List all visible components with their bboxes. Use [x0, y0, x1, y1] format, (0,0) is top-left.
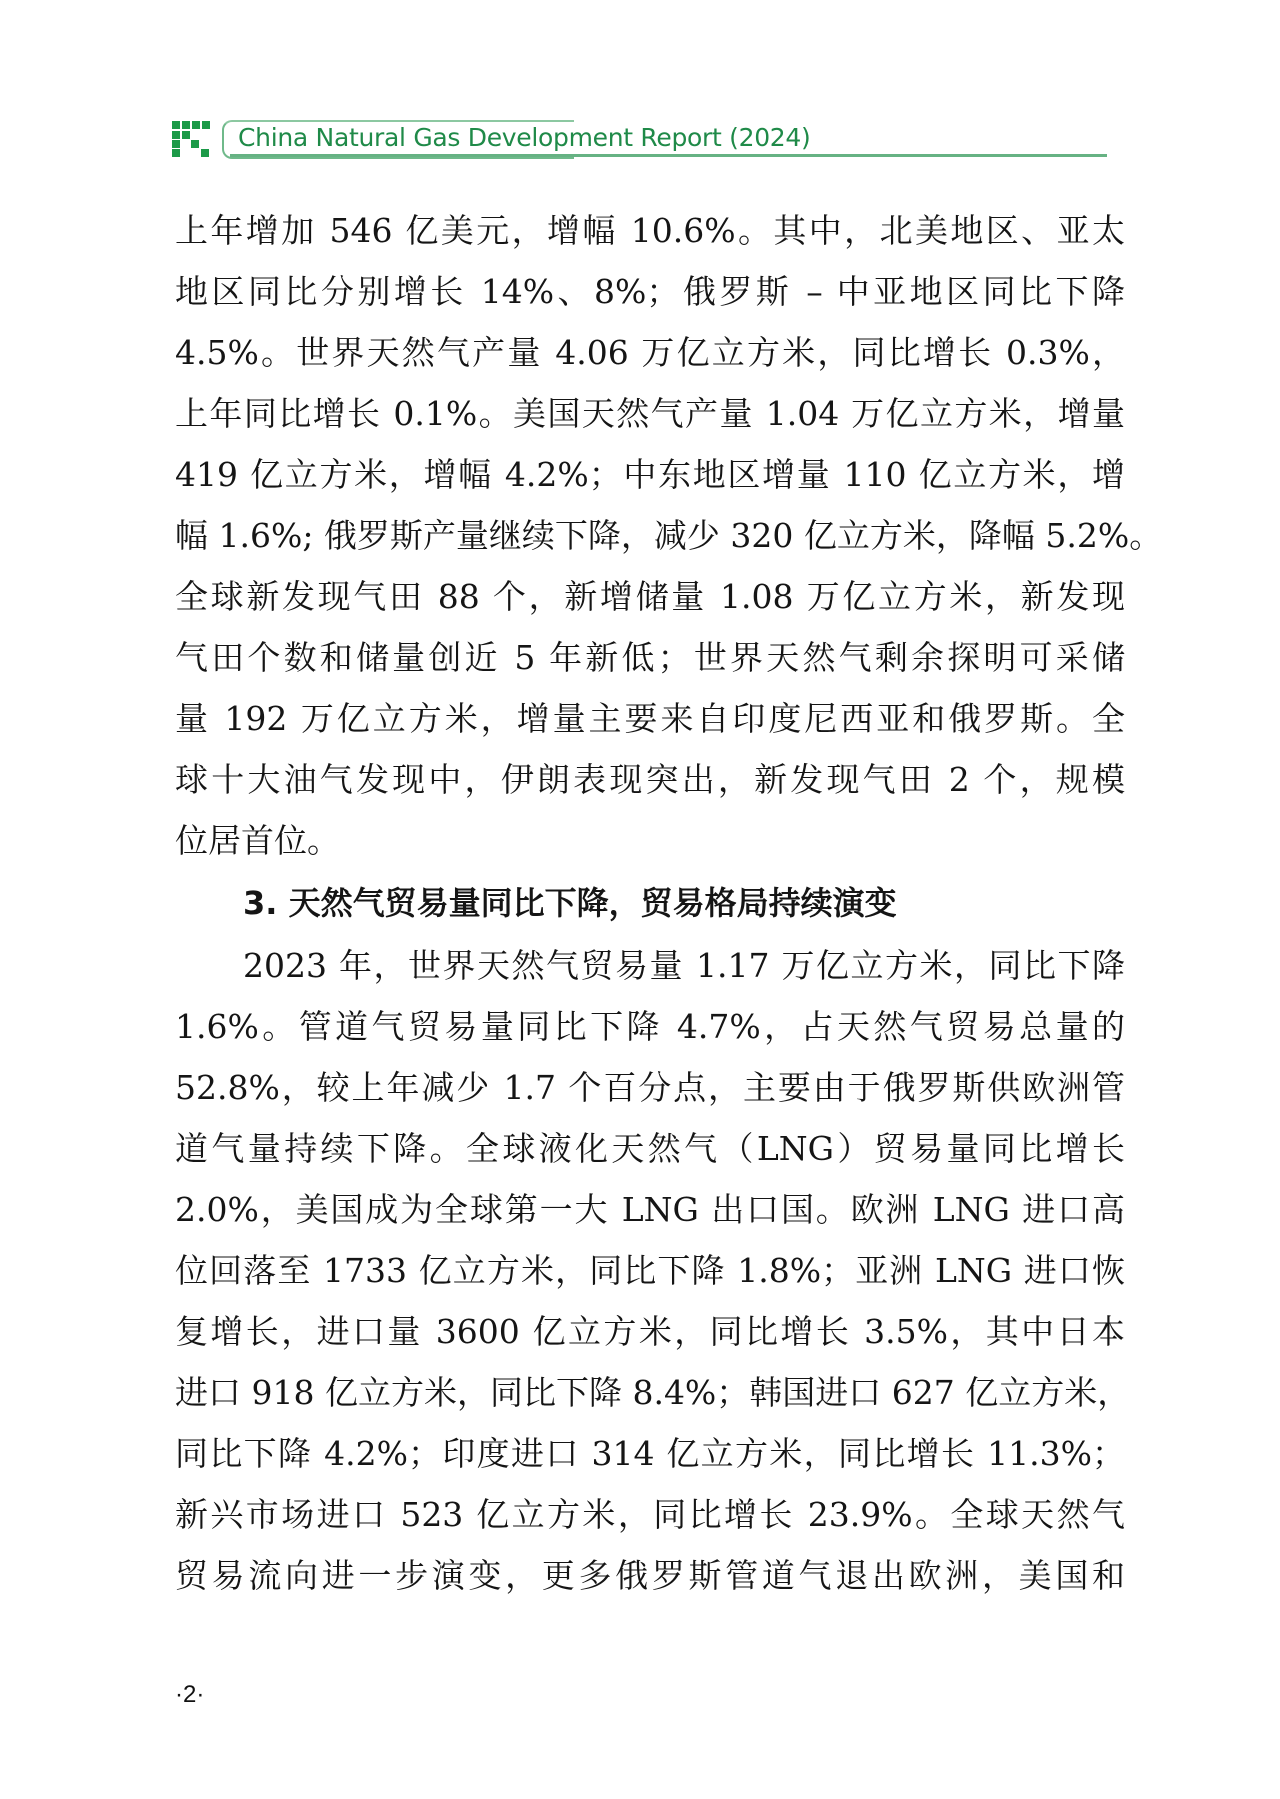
text-line: 上年同比增长 0.1%。美国天然气产量 1.04 万亿立方米，增量	[175, 383, 1125, 444]
document-page: China Natural Gas Development Report (20…	[0, 0, 1280, 1799]
report-logo-icon	[172, 121, 212, 157]
text-line: 复增长，进口量 3600 亿立方米，同比增长 3.5%，其中日本	[175, 1301, 1125, 1362]
header-rule	[230, 154, 1107, 157]
text-line: 419 亿立方米，增幅 4.2%；中东地区增量 110 亿立方米，增	[175, 444, 1125, 505]
text-line: 球十大油气发现中，伊朗表现突出，新发现气田 2 个，规模	[175, 749, 1125, 810]
text-line: 进口 918 亿立方米，同比下降 8.4%；韩国进口 627 亿立方米，	[175, 1362, 1125, 1423]
text-line: 2.0%，美国成为全球第一大 LNG 出口国。欧洲 LNG 进口高	[175, 1179, 1125, 1240]
text-line: 道气量持续下降。全球液化天然气（LNG）贸易量同比增长	[175, 1118, 1125, 1179]
running-header-title: China Natural Gas Development Report (20…	[238, 123, 810, 152]
text-line: 2023 年，世界天然气贸易量 1.17 万亿立方米，同比下降	[175, 935, 1125, 996]
text-line: 气田个数和储量创近 5 年新低；世界天然气剩余探明可采储	[175, 627, 1125, 688]
text-line: 幅 1.6%; 俄罗斯产量继续下降，减少 320 亿立方米，降幅 5.2%。	[175, 505, 1125, 566]
text-line: 位回落至 1733 亿立方米，同比下降 1.8%；亚洲 LNG 进口恢	[175, 1240, 1125, 1301]
text-line: 贸易流向进一步演变，更多俄罗斯管道气退出欧洲，美国和	[175, 1545, 1125, 1606]
text-line: 上年增加 546 亿美元，增幅 10.6%。其中，北美地区、亚太	[175, 200, 1125, 261]
text-line: 地区同比分别增长 14%、8%；俄罗斯 – 中亚地区同比下降	[175, 261, 1125, 322]
text-line: 位居首位。	[175, 810, 1125, 871]
text-line: 量 192 万亿立方米，增量主要来自印度尼西亚和俄罗斯。全	[175, 688, 1125, 749]
body-text: 上年增加 546 亿美元，增幅 10.6%。其中，北美地区、亚太 地区同比分别增…	[175, 200, 1125, 1606]
section-heading: 3. 天然气贸易量同比下降，贸易格局持续演变	[175, 871, 1125, 935]
text-line: 52.8%，较上年减少 1.7 个百分点，主要由于俄罗斯供欧洲管	[175, 1057, 1125, 1118]
text-line: 4.5%。世界天然气产量 4.06 万亿立方米，同比增长 0.3%，	[175, 322, 1125, 383]
text-line: 同比下降 4.2%；印度进口 314 亿立方米，同比增长 11.3%；	[175, 1423, 1125, 1484]
text-line: 1.6%。管道气贸易量同比下降 4.7%，占天然气贸易总量的	[175, 996, 1125, 1057]
page-number: ·2·	[175, 1681, 204, 1709]
text-line: 新兴市场进口 523 亿立方米，同比增长 23.9%。全球天然气	[175, 1484, 1125, 1545]
text-line: 全球新发现气田 88 个，新增储量 1.08 万亿立方米，新发现	[175, 566, 1125, 627]
